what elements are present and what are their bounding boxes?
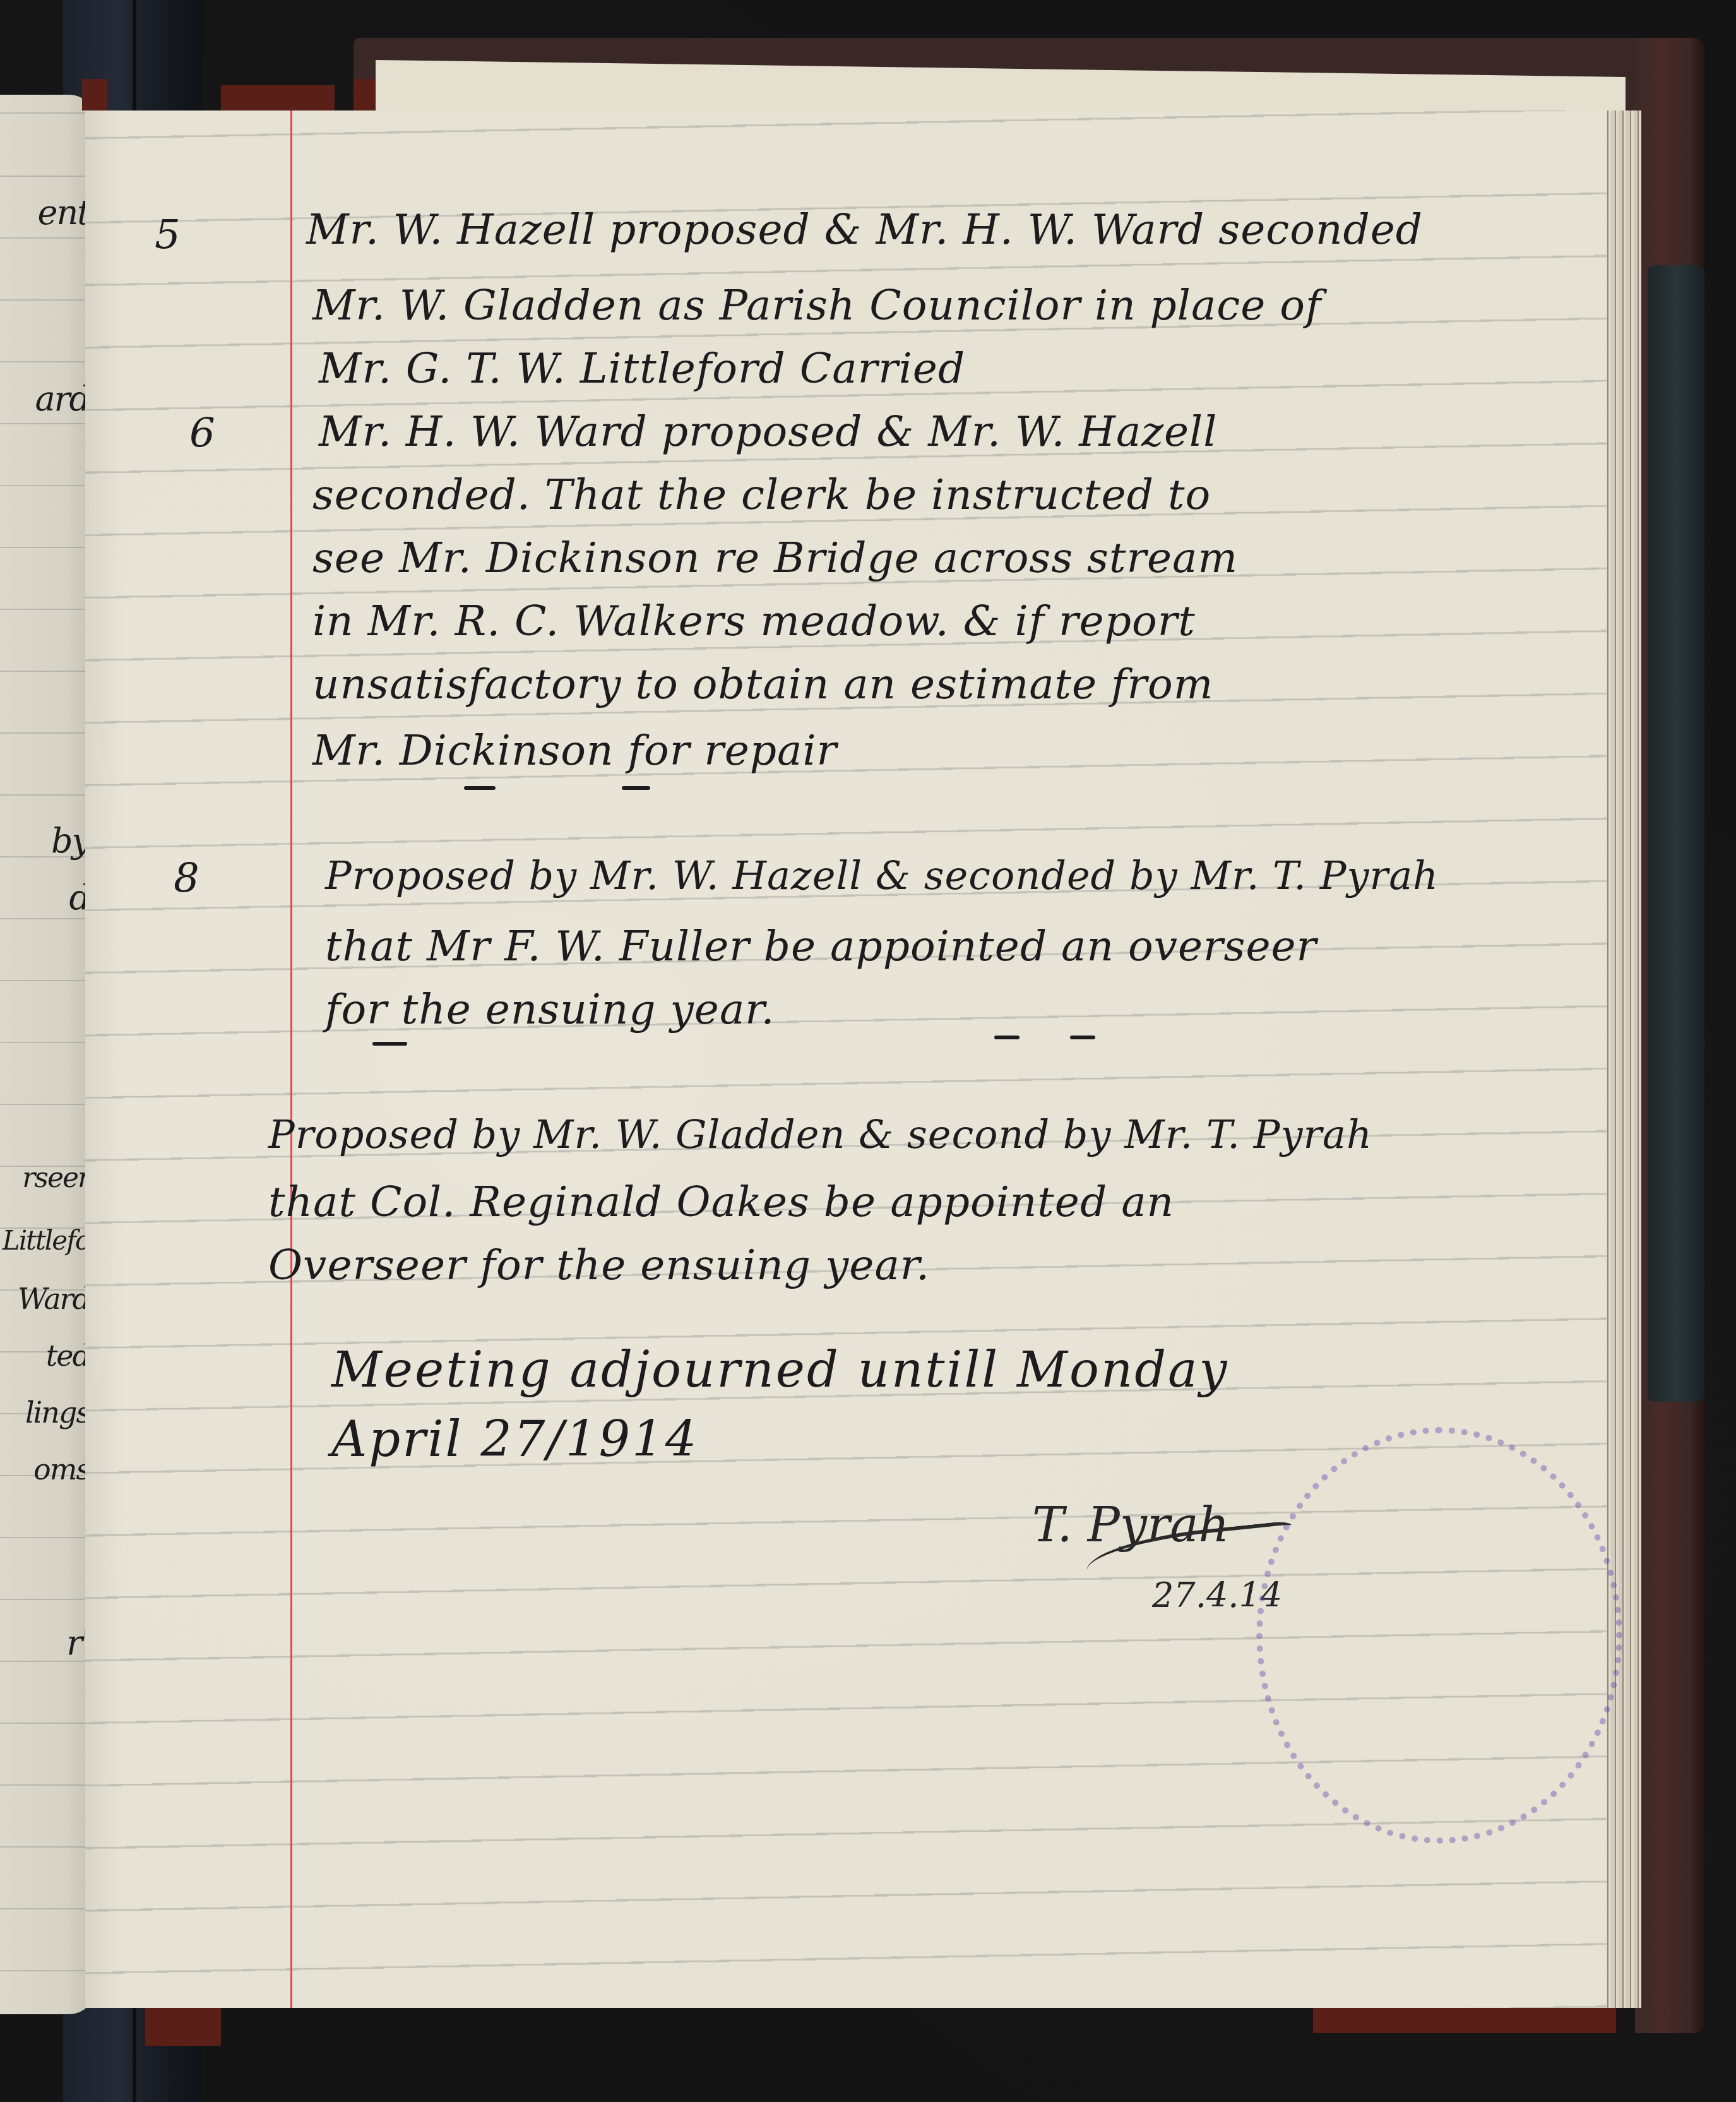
left-fragment: lings	[25, 1395, 90, 1430]
left-fragment: ted	[46, 1339, 90, 1373]
underline-mark	[622, 786, 650, 790]
entry-line: Mr. H. W. Ward proposed & Mr. W. Hazell	[319, 407, 1217, 456]
entry-line: Mr. Dickinson for repair	[312, 726, 837, 775]
closing-line: April 27/1914	[331, 1411, 698, 1468]
closing-line: Meeting adjourned untill Monday	[331, 1342, 1229, 1399]
entry-line: Mr. W. Hazell proposed & Mr. H. W. Ward …	[306, 205, 1423, 254]
entry-line: unsatisfactory to obtain an estimate fro…	[312, 660, 1213, 708]
left-fragment: ent	[38, 193, 90, 232]
underline-mark	[372, 1042, 407, 1046]
ribbon-bookmark	[1648, 265, 1704, 1402]
left-fragment: H Littlefo	[0, 1225, 90, 1256]
entry-line: Proposed by Mr. W. Hazell & seconded by …	[325, 852, 1439, 899]
faded-ink-stamp	[1256, 1427, 1622, 1844]
underline-mark	[994, 1036, 1020, 1039]
entry-line: Proposed by Mr. W. Gladden & second by M…	[268, 1111, 1372, 1157]
left-fragment: Ward	[18, 1282, 90, 1316]
entry-line: that Col. Reginald Oakes be appointed an	[268, 1178, 1174, 1226]
torn-leather	[145, 2008, 221, 2046]
entry-line: in Mr. R. C. Walkers meadow. & if report	[312, 597, 1196, 645]
entry-line: seconded. That the clerk be instructed t…	[312, 470, 1211, 519]
left-facing-page: ent ard by d rseer H Littlefo Ward ted l…	[0, 95, 95, 2014]
underline-mark	[464, 786, 496, 790]
entry-line: see Mr. Dickinson re Bridge across strea…	[312, 534, 1238, 582]
torn-leather	[1313, 2008, 1616, 2033]
entry-line: that Mr F. W. Fuller be appointed an ove…	[325, 922, 1317, 970]
entry-line: for the ensuing year.	[325, 985, 775, 1034]
torn-leather	[221, 85, 335, 110]
page-edges	[1603, 110, 1641, 2008]
entry-line: Mr. W. Gladden as Parish Councilor in pl…	[312, 281, 1321, 330]
torn-leather	[82, 79, 107, 110]
left-fragment: oms	[33, 1452, 90, 1486]
entry-number: 8	[174, 856, 199, 902]
left-fragment: by	[51, 821, 90, 861]
entry-line: Mr. G. T. W. Littleford Carried	[319, 344, 965, 393]
entry-number: 5	[155, 212, 181, 258]
left-fragment: rseer	[22, 1162, 90, 1194]
left-fragment: ard	[35, 379, 90, 419]
entry-line: Overseer for the ensuing year.	[268, 1241, 930, 1289]
red-margin-rule	[290, 110, 292, 2008]
entry-number: 6	[189, 410, 215, 457]
underline-mark	[1070, 1036, 1095, 1039]
